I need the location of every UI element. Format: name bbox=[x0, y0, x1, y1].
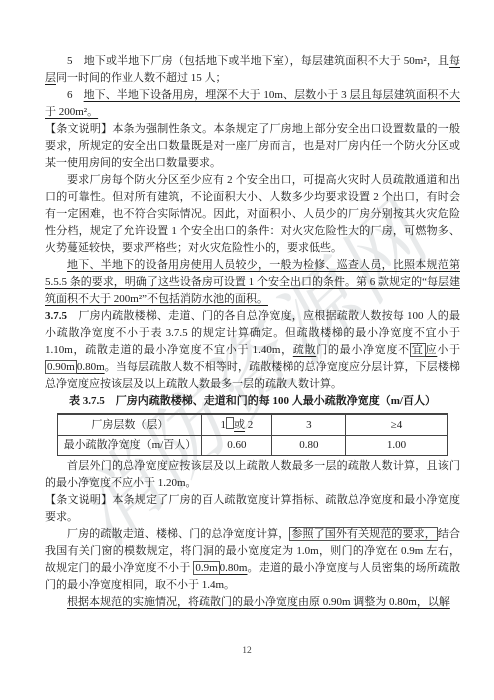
text-segment: 0.80m bbox=[77, 361, 105, 373]
text-segment: 根据本规范的实施情况，将疏散门的最小净宽度由原 0.90m 调整为 0.80m，… bbox=[67, 596, 450, 608]
table-row: 最小疏散净宽度（m/百人）0.600.801.00 bbox=[58, 436, 447, 456]
document-page: 消防资源网 5 地下或半地下厂房（包括地下或半地下室），每层建筑面积不大于 50… bbox=[0, 0, 494, 700]
clause-3-7-5: 3.7.5 厂房内疏散楼梯、走道、门的各自总净宽度，应根据疏散人数按每 100 … bbox=[45, 308, 460, 393]
table-header-cell: 3 bbox=[272, 414, 346, 436]
evacuation-width-table: 厂房层数（层）1 或 23≥4最小疏散净宽度（m/百人）0.600.801.00 bbox=[57, 413, 447, 456]
table-cell: 0.60 bbox=[202, 436, 272, 456]
text-segment: 地下、半地下的设备用房使用人员较少，一般为检修、巡查人员，比照本规范第 5.5.… bbox=[45, 259, 460, 305]
text-segment: 0.9m bbox=[193, 561, 219, 575]
text-segment: 参照了国外有关规范的要求， bbox=[289, 527, 438, 541]
text-segment: 3.7.5 bbox=[45, 310, 67, 322]
text-segment: 要求厂房每个防火分区至少应有 2 个安全出口，可提高火灾时人员疏散通道和出口的可… bbox=[45, 174, 460, 254]
table-header-cell: 厂房层数（层） bbox=[58, 414, 202, 436]
text-segment: 1.00 bbox=[387, 439, 406, 451]
text-segment: 厂房层数（层） bbox=[91, 419, 168, 431]
commentary-paragraph-5: 厂房的疏散走道、楼梯、门的总净宽度计算，参照了国外有关规范的要求，结合我国有关门… bbox=[45, 526, 460, 594]
text-segment: 5 地下或半地下厂房（包括地下或半地下室），每层建筑面积不大于 50m²，且 bbox=[67, 55, 449, 67]
document-body: 5 地下或半地下厂房（包括地下或半地下室），每层建筑面积不大于 50m²，且每层… bbox=[45, 53, 460, 611]
commentary-paragraph-1: 【条文说明】本条为强制性条文。本条规定了厂房地上部分安全出口设置数量的一般要求，… bbox=[45, 121, 460, 172]
text-segment: 应 bbox=[426, 344, 438, 356]
table-cell: 1.00 bbox=[346, 436, 447, 456]
text-segment: 最小疏散净宽度（m/百人） bbox=[64, 439, 197, 451]
page-number: 12 bbox=[0, 646, 494, 656]
first-floor-door-paragraph: 首层外门的总净宽度应按该层及以上疏散人数最多一层的疏散人数计算，且该门的最小净宽… bbox=[45, 458, 460, 492]
text-segment: 0.80 bbox=[299, 439, 318, 451]
text-segment: 0.80m bbox=[220, 562, 248, 574]
table-cell: 0.80 bbox=[272, 436, 346, 456]
table-header-cell: ≥4 bbox=[346, 414, 447, 436]
text-segment: 同一时间的作业人数不超过 15 人； bbox=[56, 72, 227, 84]
text-segment: 0.90m bbox=[45, 360, 77, 374]
commentary-paragraph-4: 【条文说明】本条规定了厂房的百人疏散宽度计算指标、疏散总净宽度和最小净宽度要求。 bbox=[45, 492, 460, 526]
text-segment: 0.60 bbox=[227, 439, 246, 451]
table-caption: 表 3.7.5 厂房内疏散楼梯、走道和门的每 100 人最小疏散净宽度（m/百人… bbox=[45, 393, 460, 410]
table-header-cell: 1 或 2 bbox=[202, 414, 272, 436]
text-segment: 【条文说明】本条为强制性条文。本条规定了厂房地上部分安全出口设置数量的一般要求，… bbox=[45, 123, 460, 169]
text-segment: 宜 bbox=[410, 343, 426, 357]
text-segment: 或 bbox=[234, 419, 245, 431]
text-segment bbox=[226, 417, 234, 429]
text-segment: 3 bbox=[306, 419, 312, 431]
text-segment: 疏散 bbox=[293, 344, 316, 356]
list-item-6: 6 地下、半地下设备用房，埋深不大于 10m、层数小于 3 层且每层建筑面积不大… bbox=[45, 87, 460, 121]
table-cell: 最小疏散净宽度（m/百人） bbox=[58, 436, 202, 456]
text-segment: 地下、半地下设备用房，埋深不大于 10m、层数小于 3 层且每层建筑面积不大于 … bbox=[45, 89, 460, 118]
text-segment: 表 3.7.5 厂房内疏散楼梯、走道和门的每 100 人最小疏散净宽度（m/百人… bbox=[69, 395, 436, 407]
text-segment: 厂房的疏散走道、楼梯、门的总净宽度计算， bbox=[67, 528, 289, 540]
text-segment: 门的最小净宽度不 bbox=[316, 344, 410, 356]
text-segment: 2 bbox=[245, 419, 253, 431]
text-segment: 6 bbox=[67, 89, 84, 101]
text-segment: ≥4 bbox=[391, 419, 403, 431]
text-segment: 。当每层疏散人数不相等时，疏散楼梯的总净宽度应分层计算，下层楼梯总净宽度应按该层… bbox=[45, 361, 460, 390]
text-segment: 首层外门的总净宽度应按该层及以上疏散人数最多一层的疏散人数计算，且该门的最小净宽… bbox=[45, 460, 460, 489]
list-item-5: 5 地下或半地下厂房（包括地下或半地下室），每层建筑面积不大于 50m²，且每层… bbox=[45, 53, 460, 87]
commentary-paragraph-3-added: 地下、半地下的设备用房使用人员较少，一般为检修、巡查人员，比照本规范第 5.5.… bbox=[45, 257, 460, 308]
text-segment: 小于 bbox=[437, 344, 460, 356]
commentary-paragraph-6-added: 根据本规范的实施情况，将疏散门的最小净宽度由原 0.90m 调整为 0.80m，… bbox=[45, 594, 460, 611]
commentary-paragraph-2: 要求厂房每个防火分区至少应有 2 个安全出口，可提高火灾时人员疏散通道和出口的可… bbox=[45, 172, 460, 257]
text-segment: 【条文说明】本条规定了厂房的百人疏散宽度计算指标、疏散总净宽度和最小净宽度要求。 bbox=[45, 494, 460, 523]
